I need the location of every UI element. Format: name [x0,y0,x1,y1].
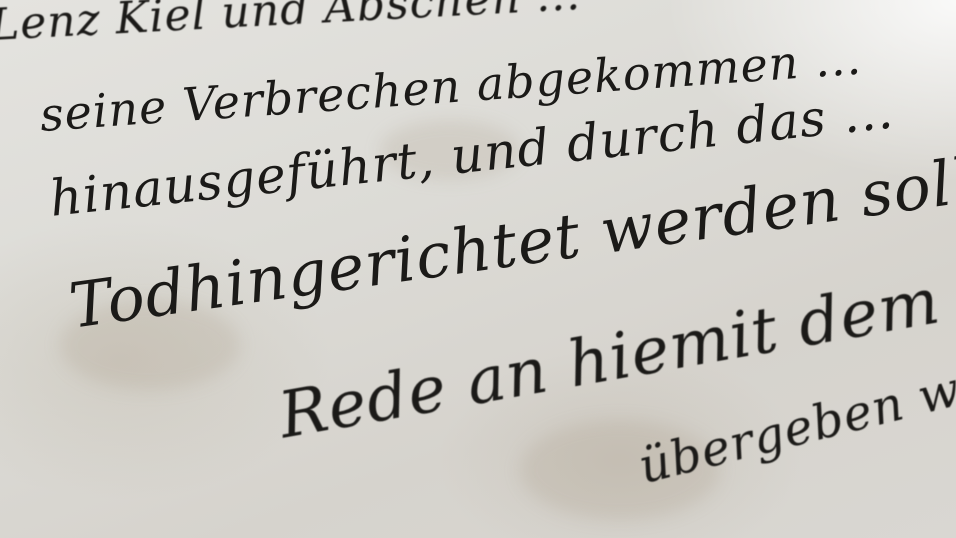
handwriting-line-1: Lenz Kiel und Abschen ... [0,0,582,51]
handwritten-document-photo: Lenz Kiel und Abschen ... seine Verbrech… [0,0,956,538]
